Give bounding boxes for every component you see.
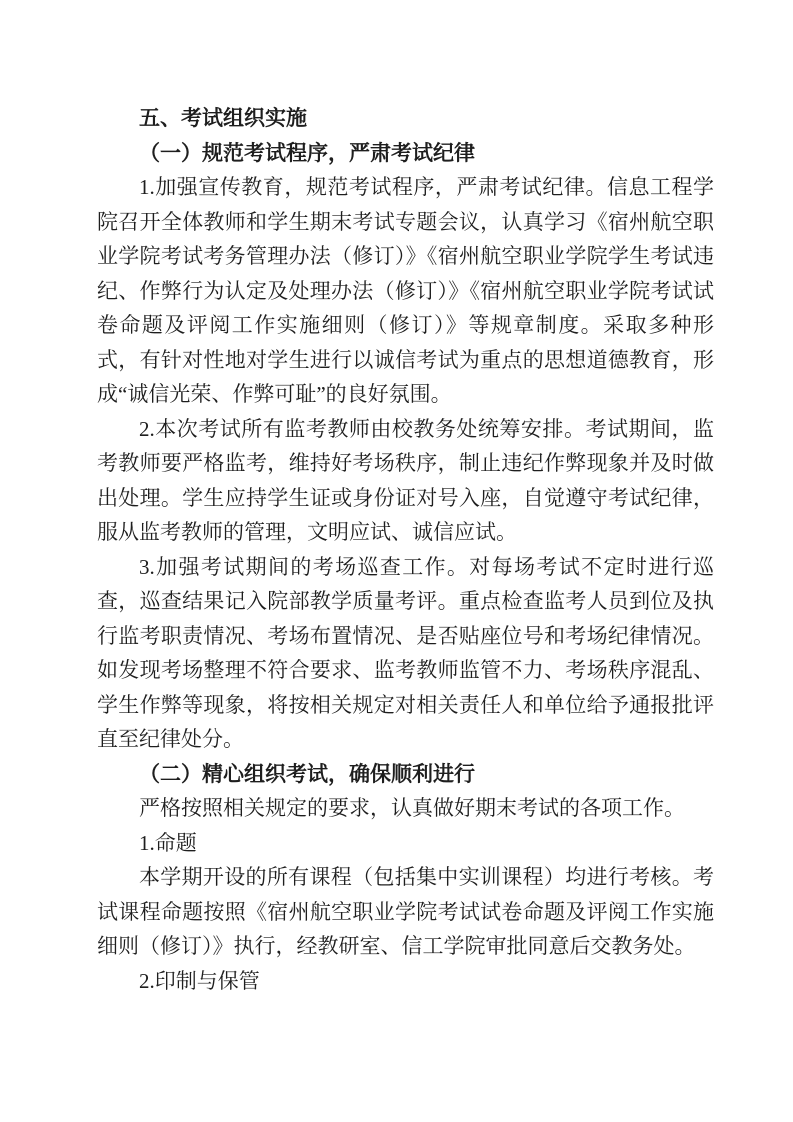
document-paragraph: 2.印制与保管 xyxy=(97,964,714,999)
document-heading1: 五、考试组织实施 xyxy=(97,101,714,136)
document-paragraph: 1.命题 xyxy=(97,826,714,861)
document-page: 五、考试组织实施（一）规范考试程序，严肃考试纪律1.加强宣传教育，规范考试程序，… xyxy=(0,0,793,1122)
document-paragraph: 1.加强宣传教育，规范考试程序，严肃考试纪律。信息工程学院召开全体教师和学生期末… xyxy=(97,170,714,412)
document-heading2: （一）规范考试程序，严肃考试纪律 xyxy=(97,136,714,171)
document-paragraph: 严格按照相关规定的要求，认真做好期末考试的各项工作。 xyxy=(97,791,714,826)
document-content: 五、考试组织实施（一）规范考试程序，严肃考试纪律1.加强宣传教育，规范考试程序，… xyxy=(97,101,714,998)
document-paragraph: 3.加强考试期间的考场巡查工作。对每场考试不定时进行巡查，巡查结果记入院部教学质… xyxy=(97,550,714,757)
document-paragraph: 本学期开设的所有课程（包括集中实训课程）均进行考核。考试课程命题按照《宿州航空职… xyxy=(97,860,714,964)
document-paragraph: 2.本次考试所有监考教师由校教务处统筹安排。考试期间，监考教师要严格监考，维持好… xyxy=(97,412,714,550)
document-heading2: （二）精心组织考试，确保顺利进行 xyxy=(97,757,714,792)
